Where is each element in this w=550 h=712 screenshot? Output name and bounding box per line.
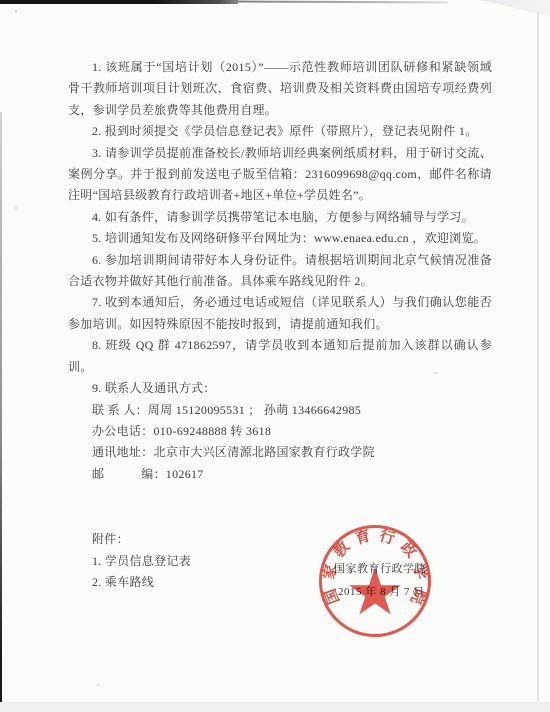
attachments-heading: 附件： — [68, 529, 492, 550]
contact-line-office-phone: 办公电话：010-69248888 转 3618 — [68, 421, 492, 442]
scan-artifact-corner-shadow — [478, 0, 550, 17]
notice-item-3: 3. 请参训学员提前准备校长/教师培训经典案例纸质材料，用于研讨交流、案例分享。… — [68, 143, 492, 207]
scan-artifact-top-edge — [0, 0, 238, 4]
notice-item-9: 9. 联系人及通讯方式： — [68, 378, 492, 399]
attachments-section: 附件： 1. 学员信息登记表 2. 乘车路线 — [68, 529, 492, 593]
signature-date: 2015 年 8 月 7 日 — [338, 583, 425, 599]
scan-speckle — [15, 10, 17, 12]
attachment-item-1: 1. 学员信息登记表 — [68, 551, 492, 572]
notice-item-7: 7. 收到本通知后，务必通过电话或短信（详见联系人）与我们确认您能否参加培训。如… — [68, 292, 492, 335]
scan-artifact-left-edge — [0, 112, 2, 712]
notice-item-8: 8. 班级 QQ 群 471862597，请学员收到本通知后提前加入该群以确认参… — [68, 335, 492, 378]
contact-line-postcode: 邮 编：102617 — [68, 464, 492, 485]
scan-speckle — [97, 684, 99, 686]
notice-item-4: 4. 如有条件，请参训学员携带笔记本电脑，方便参与网络辅导与学习。 — [68, 207, 492, 228]
notice-item-5: 5. 培训通知发布及网络研修平台网址为：www.enaea.edu.cn ，欢迎… — [68, 228, 492, 249]
scan-artifact-top-line — [236, 1, 448, 4]
scan-artifact-bottom-band — [0, 702, 550, 712]
scan-artifact-right-edge — [537, 12, 539, 702]
notice-body: 1. 该班属于“国培计划（2015）”——示范性教师培训团队研修和紧缺领域骨干教… — [68, 57, 492, 593]
attachment-item-2: 2. 乘车路线 — [68, 572, 492, 593]
scan-speckle — [15, 207, 17, 209]
signature-org: 国家教育行政学院 — [334, 560, 426, 576]
notice-item-1: 1. 该班属于“国培计划（2015）”——示范性教师培训团队研修和紧缺领域骨干教… — [68, 57, 492, 121]
notice-item-2: 2. 报到时须提交《学员信息登记表》原件（带照片），登记表见附件 1。 — [68, 121, 492, 142]
scanned-notice-page: 1. 该班属于“国培计划（2015）”——示范性教师培训团队研修和紧缺领域骨干教… — [0, 0, 550, 712]
contact-line-persons: 联 系 人：周周 15120095531 ； 孙萌 13466642985 — [68, 400, 492, 421]
notice-item-6: 6. 参加培训期间请带好本人身份证件。请根据培训期间北京气候情况准备合适衣物并做… — [68, 250, 492, 293]
contact-line-address: 通讯地址：北京市大兴区清源北路国家教育行政学院 — [68, 442, 492, 463]
